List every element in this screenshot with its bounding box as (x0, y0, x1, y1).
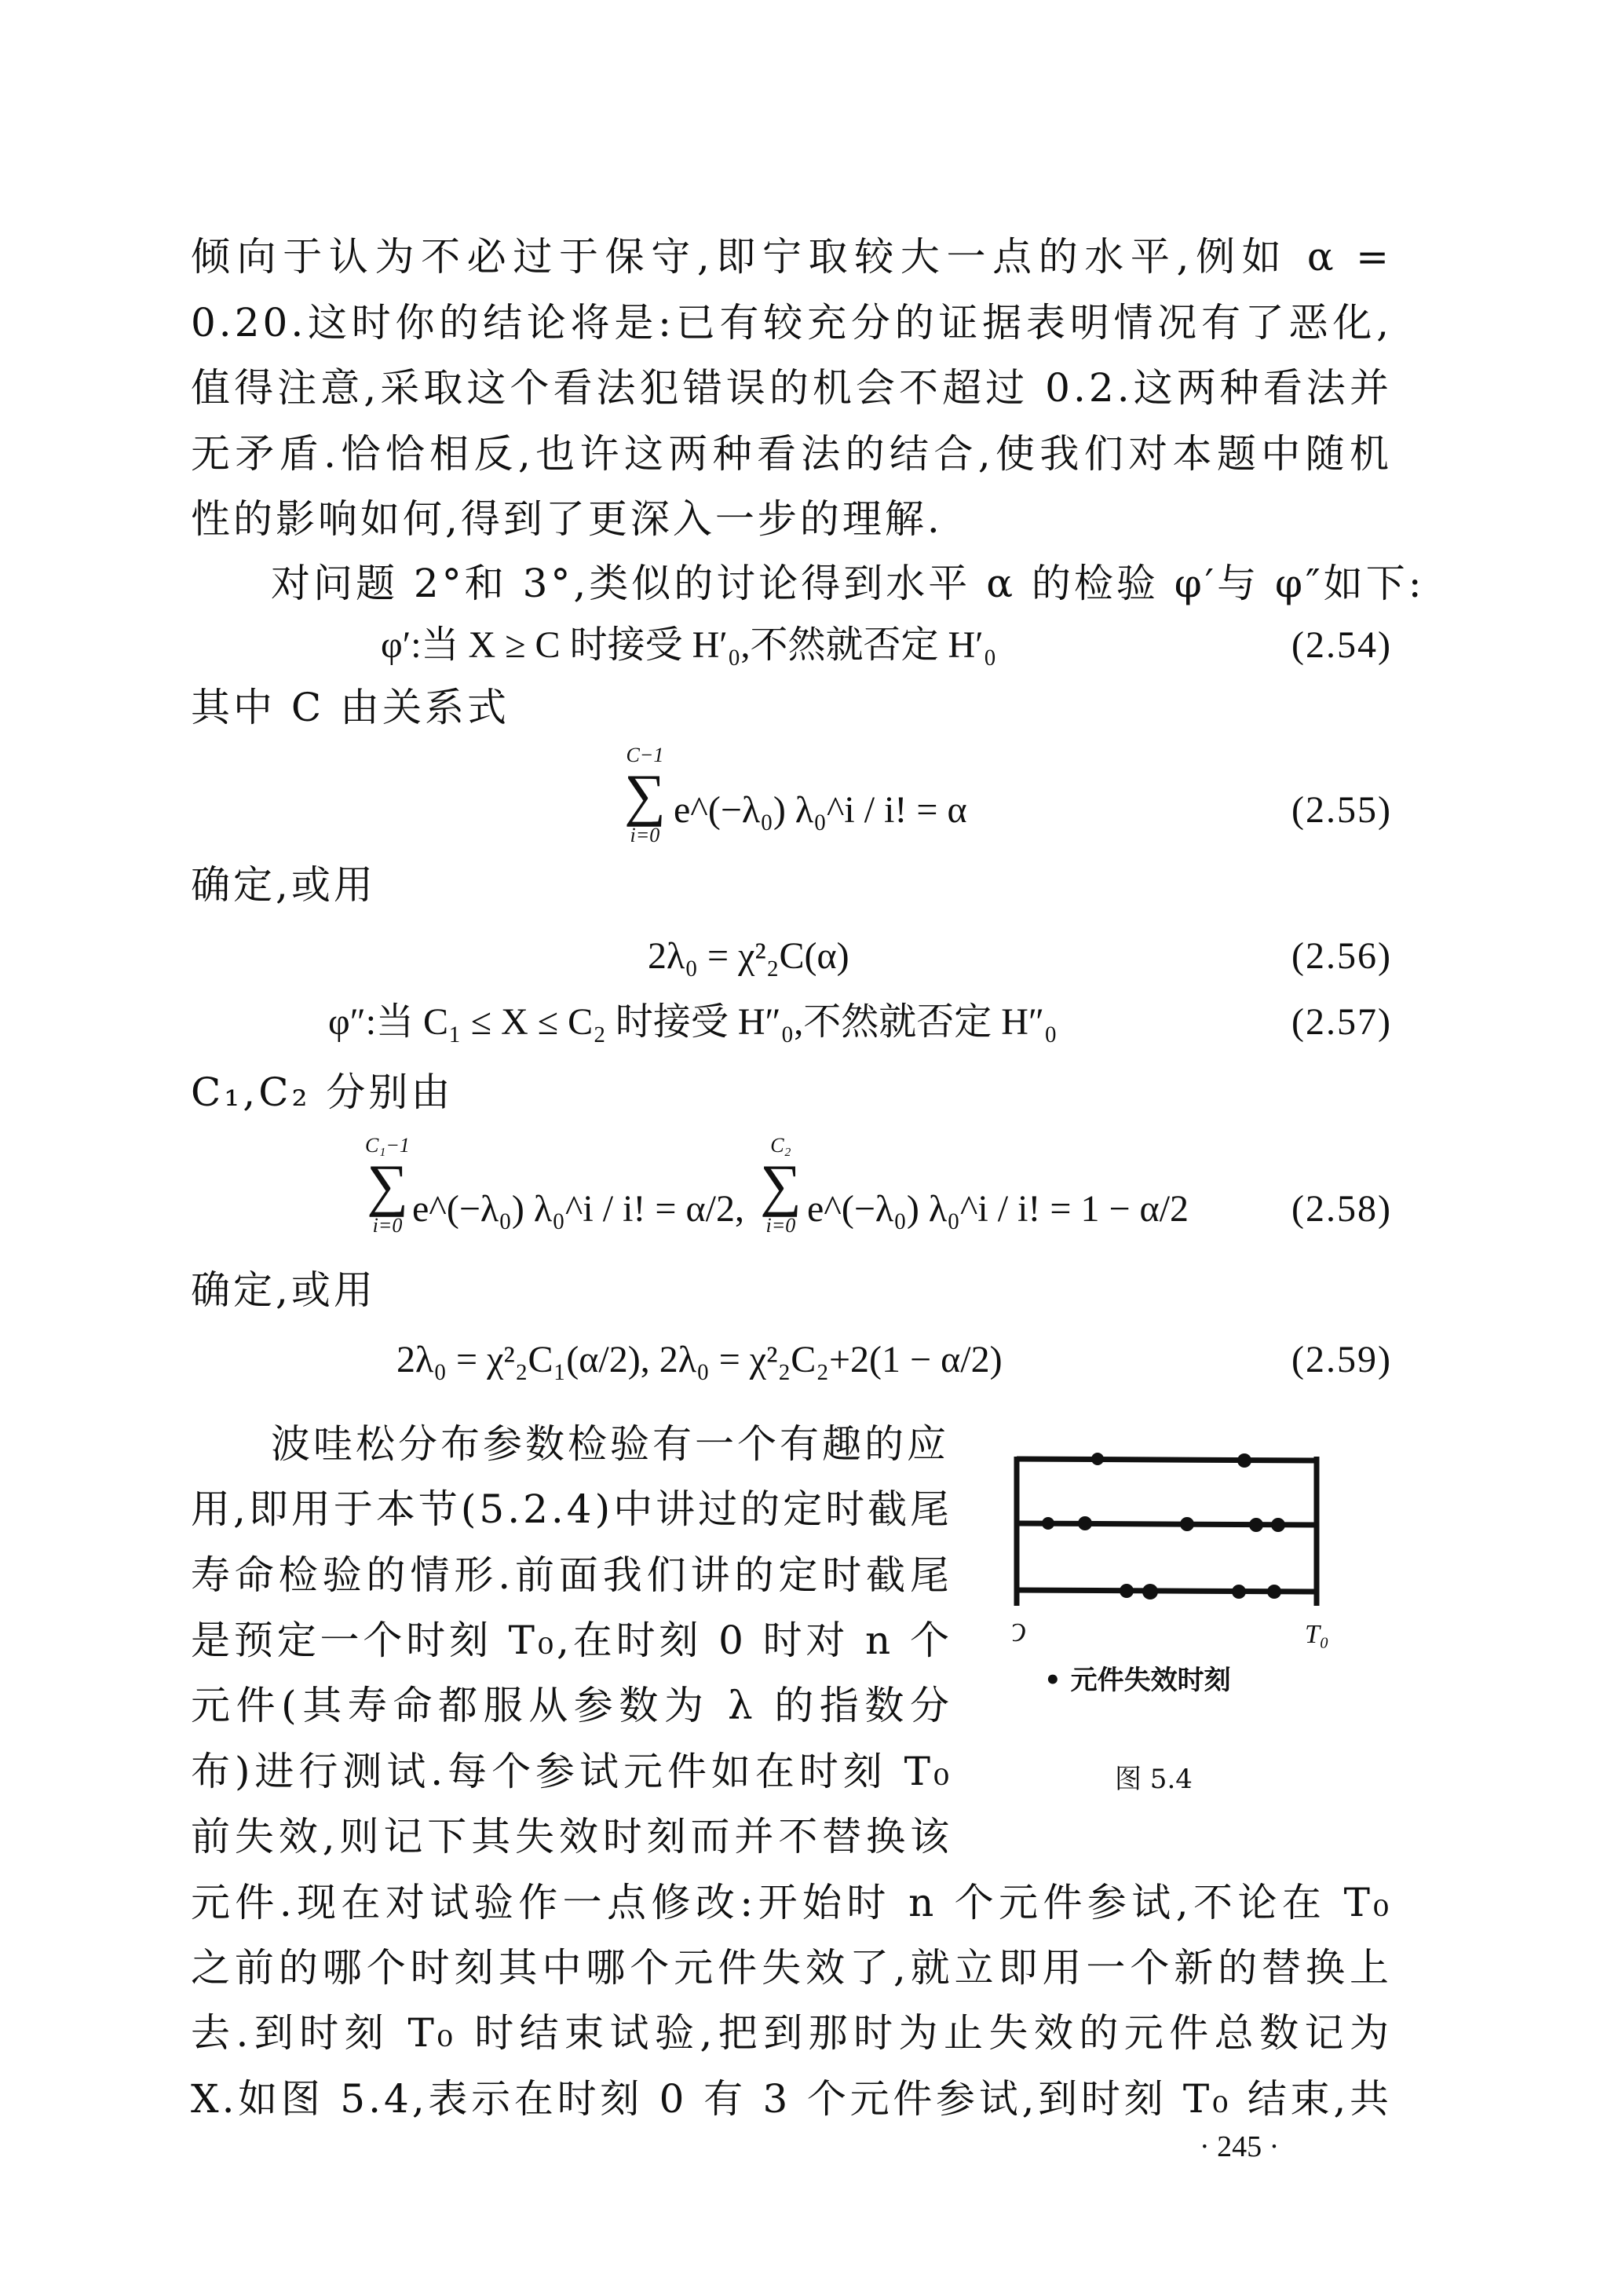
figure-5-4: O T₀ (1013, 1413, 1343, 1649)
text-line: C₁,C₂ 分别由 (191, 1068, 1392, 1117)
text-line: 用,即用于本节(5.2.4)中讲过的定时截尾 (191, 1485, 952, 1534)
figure-legend: • 元件失效时刻 (1044, 1658, 1231, 1697)
equation-2-54: φ′:当 X ≥ C 时接受 H′₀,不然就否定 H′₀ (381, 622, 996, 669)
equation-2-55: e^(−λ₀) λ₀^i / i! = α (674, 787, 967, 834)
text-line: 是预定一个时刻 T₀,在时刻 0 时对 n 个 (191, 1616, 952, 1665)
equation-2-58-part2: e^(−λ₀) λ₀^i / i! = 1 − α/2 (807, 1186, 1189, 1233)
equation-2-58-part1: e^(−λ₀) λ₀^i / i! = α/2, (412, 1186, 744, 1233)
text-line: 前失效,则记下其失效时刻而并不替换该 (191, 1812, 952, 1861)
figure-caption: 图 5.4 (1115, 1757, 1193, 1796)
equation-2-59: 2λ₀ = χ²₂C₁(α/2), 2λ₀ = χ²₂C₂+2(1 − α/2) (396, 1336, 1003, 1384)
equation-2-57: φ″:当 C₁ ≤ X ≤ C₂ 时接受 H″₀,不然就否定 H″₀ (328, 999, 1058, 1046)
text-line: 值得注意,采取这个看法犯错误的机会不超过 0.2.这两种看法并 (191, 364, 1392, 412)
equation-number: (2.57) (1291, 999, 1392, 1046)
text-line: 寿命检验的情形.前面我们讲的定时截尾 (191, 1551, 952, 1600)
summation-symbol: C₁−1 ∑ i=0 (365, 1135, 410, 1237)
equation-2-56: 2λ₀ = χ²₂C(α) (648, 933, 849, 980)
equation-number: (2.59) (1291, 1336, 1392, 1384)
text-line: 性的影响如何,得到了更深入一步的理解. (191, 495, 1392, 543)
text-line: 去.到时刻 T₀ 时结束试验,把到那时为止失效的元件总数记为 (191, 2009, 1392, 2057)
equation-number: (2.54) (1291, 622, 1392, 669)
text-line: 元件.现在对试验作一点修改:开始时 n 个元件参试,不论在 T₀ (191, 1878, 1392, 1927)
svg-text:O: O (1013, 1618, 1026, 1647)
svg-text:T₀: T₀ (1305, 1620, 1329, 1649)
equation-number: (2.55) (1291, 787, 1392, 834)
page-number: · 245 · (1200, 2130, 1279, 2164)
text-line: 无矛盾.恰恰相反,也许这两种看法的结合,使我们对本题中随机 (191, 430, 1392, 478)
summation-symbol: C−1 ∑ i=0 (624, 744, 666, 846)
text-line: 布)进行测试.每个参试元件如在时刻 T₀ (191, 1747, 952, 1796)
failure-timeline-diagram: O T₀ (1013, 1413, 1343, 1649)
text-line: 倾向于认为不必过于保守,即宁取较大一点的水平,例如 α = (191, 232, 1392, 281)
text-line: 确定,或用 (191, 861, 1392, 909)
text-line: 确定,或用 (191, 1266, 1392, 1314)
text-line: 其中 C 由关系式 (191, 683, 1392, 732)
text-line: 之前的哪个时刻其中哪个元件失效了,就立即用一个新的替换上 (191, 1943, 1392, 1992)
text-line: 对问题 2°和 3°,类似的讨论得到水平 α 的检验 φ′与 φ″如下: (271, 559, 1394, 608)
summation-symbol: C₂ ∑ i=0 (760, 1135, 802, 1237)
text-line: X.如图 5.4,表示在时刻 0 有 3 个元件参试,到时刻 T₀ 结束,共 (191, 2075, 1392, 2123)
equation-number: (2.58) (1291, 1186, 1392, 1233)
text-line: 0.20.这时你的结论将是:已有较充分的证据表明情况有了恶化, (191, 298, 1392, 347)
equation-number: (2.56) (1291, 933, 1392, 980)
text-line: 元件(其寿命都服从参数为 λ 的指数分 (191, 1681, 952, 1730)
text-line: 波哇松分布参数检验有一个有趣的应 (271, 1420, 952, 1468)
